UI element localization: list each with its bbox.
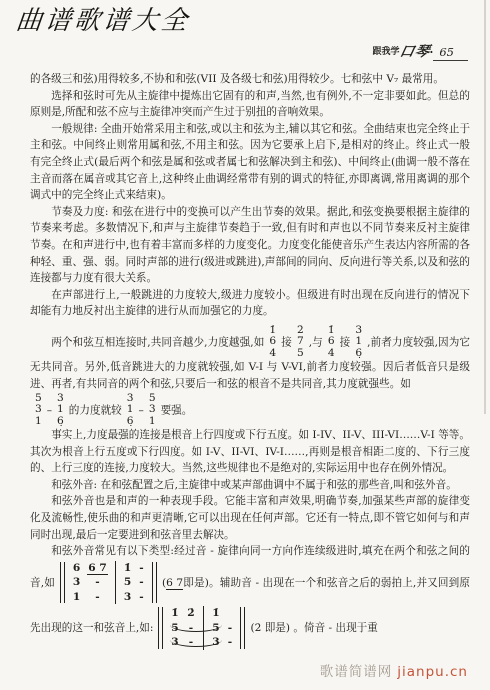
- chord-stack: 1̇64: [269, 325, 276, 360]
- note-cell: [223, 606, 236, 621]
- paragraph-nonchord-tones: 和弦外音常见有以下类型:经过音 - 旋律向同一方向作连续级进时,填充在两个和弦之…: [30, 543, 470, 651]
- double-barline: [60, 562, 65, 604]
- note-cell: 3: [167, 635, 182, 650]
- note-cell: -: [135, 590, 148, 605]
- chord-stack: 531: [35, 393, 42, 428]
- double-barline: [158, 607, 163, 649]
- paragraph: 和弦外音: 在和弦配置之后,主旋律中或某声部曲调中不属于和弦的那些音,叫和弦外音…: [30, 477, 470, 494]
- note-cell: 1̇: [120, 561, 135, 576]
- paragraph-chord-comparison: 531–316̣的力度就较316̣–531要强。: [30, 393, 470, 428]
- note-cell: -: [223, 635, 236, 650]
- note-cell: 3: [208, 635, 223, 650]
- dash: –: [47, 404, 52, 416]
- dash: –: [139, 404, 144, 416]
- text-run: 接: [340, 336, 351, 348]
- note-cell: 5: [208, 621, 223, 636]
- page-number: 65: [433, 45, 468, 61]
- paragraph: 一般规律: 全曲开始常采用主和弦,或以主和弦为主,辅以其它和弦。全曲结束也完全终…: [30, 121, 470, 204]
- watermark-site-name: 歌谱简谱网: [320, 664, 393, 680]
- beamed-notes-reference: 6 7: [166, 577, 183, 590]
- notation-example-neighbor-tone: 1̇2̇1̇5-5-3-3-: [158, 605, 245, 651]
- chord-stack: 316̣: [57, 393, 64, 428]
- paragraph-chord-connection: 两个和弦互相连接时,共同音越少,力度越强,如1̇64接2̇75,与1̇64接31…: [30, 325, 470, 393]
- note-cell: 2̇: [182, 606, 199, 621]
- jianpu-grid: 66 71̇-3-5-1-3-: [69, 561, 148, 605]
- paragraph: 的各级三和弦)用得较多,不协和和弦(VII 及各级七和弦)用得较少。七和弦中 V…: [30, 71, 470, 88]
- barline: [115, 561, 116, 605]
- note-cell: -: [182, 635, 199, 650]
- body-text: 的各级三和弦)用得较多,不协和和弦(VII 及各级七和弦)用得较少。七和弦中 V…: [30, 71, 470, 651]
- paragraph: 和弦外音也是和声的一种表现手段。它能丰富和声效果,明确节奏,加强某些声部的旋律变…: [30, 493, 470, 543]
- chord-stack: 316̣: [127, 393, 134, 428]
- chord-stack: 2̇75: [297, 325, 304, 360]
- site-title: 曲谱歌谱大全: [14, 6, 471, 36]
- note-cell: 5: [120, 575, 135, 590]
- paragraph: 事实上,力度最强的连接是根音上行四度或下行五度。如 I-IV、II-V、III-…: [30, 427, 470, 477]
- note-cell: 1̇: [167, 606, 182, 621]
- note-cell: -: [84, 575, 111, 590]
- watermark: 歌谱简谱网jianpu.cn: [320, 660, 468, 680]
- text-run: 的力度就较: [69, 404, 122, 416]
- note-cell: 3: [120, 590, 135, 605]
- text-run: ,与: [309, 336, 323, 348]
- note-cell: -: [223, 621, 236, 636]
- jianpu-grid: 1̇2̇1̇5-5-3-3-: [167, 606, 236, 650]
- note-cell: -: [135, 561, 148, 576]
- chord-stack: 316̣: [355, 325, 362, 360]
- scan-edge-artifact: [484, 0, 486, 414]
- note-cell: 6: [69, 561, 84, 576]
- text-run: 两个和弦互相连接时,共同音越少,力度越强,如: [51, 336, 264, 348]
- text-run: 要强。: [161, 404, 193, 416]
- page-header: 跟我学口琴·65: [30, 44, 468, 61]
- note-cell: 3: [69, 575, 84, 590]
- double-barline: [152, 562, 157, 604]
- series-prefix: 跟我学: [373, 47, 400, 57]
- paragraph: 选择和弦时可先从主旋律中提炼出它固有的和声,当然,也有例外,不一定非要如此。但总…: [30, 88, 470, 121]
- text-run: (2̇ 即是) 。倚音 - 出现于重: [250, 622, 377, 634]
- watermark-site-url: jianpu.cn: [397, 664, 468, 680]
- double-barline: [240, 607, 245, 649]
- notation-example-passing-tone: 66 71̇-3-5-1-3-: [60, 560, 157, 606]
- text-run: 接: [281, 336, 292, 348]
- note-cell: -: [84, 590, 111, 605]
- chord-stack: 1̇64: [328, 325, 335, 360]
- note-cell: 1: [69, 590, 84, 605]
- chord-stack: 531: [149, 393, 156, 428]
- paragraph: 节奏及力度: 和弦在进行中的变换可以产生出节奏的效果。据此,和弦变换要根据主旋律…: [30, 204, 470, 287]
- note-cell: -: [182, 621, 199, 636]
- note-cell: 1̇: [208, 606, 223, 621]
- paragraph: 在声部进行上,一般跳进的力度较大,级进力度较小。但级进有时出现在反向进行的情况下…: [30, 287, 470, 320]
- series-logo: 跟我学口琴·: [373, 46, 434, 59]
- note-cell: 5: [167, 621, 182, 636]
- series-logo-text: 口琴: [398, 44, 431, 60]
- note-cell: -: [135, 575, 148, 590]
- note-cell-beamed: 6 7: [87, 562, 108, 575]
- barline: [203, 606, 204, 650]
- scanned-document-page: 曲谱歌谱大全 跟我学口琴·65 的各级三和弦)用得较多,不协和和弦(VII 及各…: [0, 0, 490, 690]
